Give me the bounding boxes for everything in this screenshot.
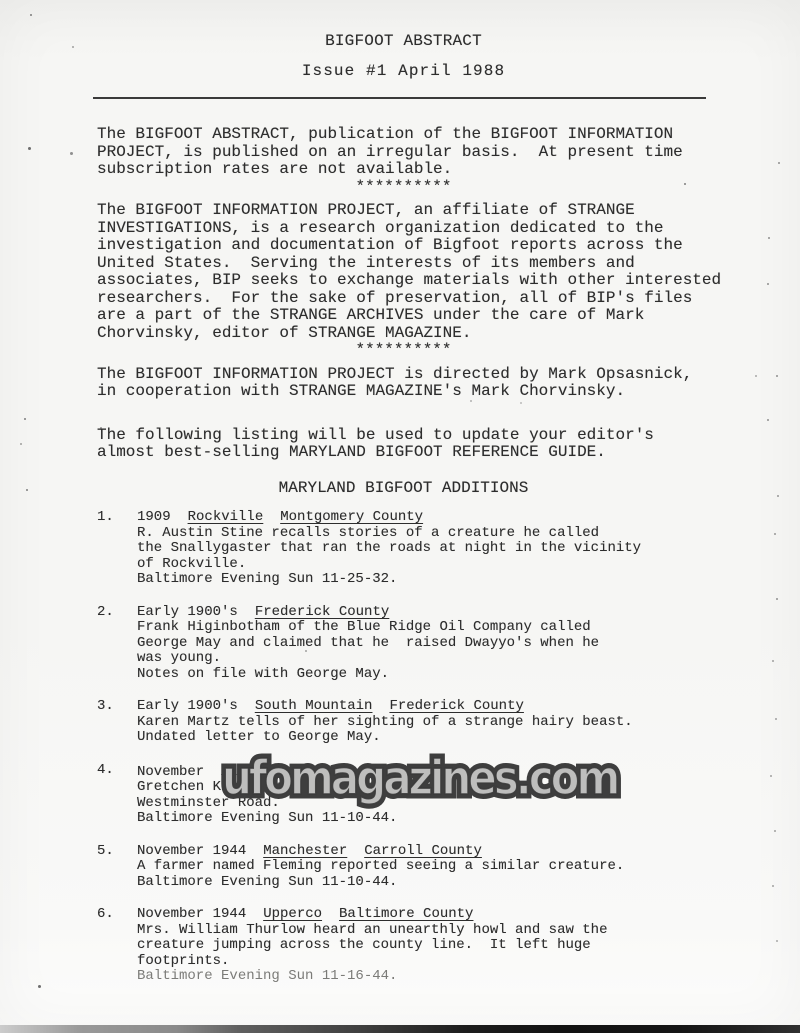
scan-speck: [26, 489, 28, 491]
item-source: Notes on file with George May.: [137, 667, 730, 683]
section-heading: MARYLAND BIGFOOT ADDITIONS: [97, 480, 710, 498]
scan-speck: [520, 402, 522, 404]
item-source: Baltimore Evening Sun 11-10-44.: [137, 811, 730, 827]
item-date: November: [137, 764, 204, 780]
item-source: Undated letter to George May.: [137, 730, 730, 746]
list-item: 5.November 1944ManchesterCarroll CountyA…: [97, 844, 730, 891]
scan-speck: [70, 152, 73, 155]
list-item: 4.NovemberGretchen King saw the Snallyga…: [97, 763, 730, 827]
list-item: 1.1909RockvilleMontgomery CountyR. Austi…: [97, 510, 730, 588]
scan-speck: [774, 830, 776, 832]
scan-speck: [72, 46, 74, 48]
paragraph-publication: The BIGFOOT ABSTRACT, publication of the…: [97, 126, 730, 179]
list-item: 6.November 1944UppercoBaltimore CountyMr…: [97, 907, 730, 985]
item-heading: November 1944ManchesterCarroll County: [137, 844, 730, 860]
paragraph-listing-note: The following listing will be used to up…: [97, 427, 730, 462]
scan-edge-bar: [0, 1025, 800, 1033]
item-number: 3.: [97, 699, 137, 746]
item-date: 1909: [137, 509, 171, 525]
item-number: 6.: [97, 907, 137, 985]
item-source: Baltimore Evening Sun 11-16-44.: [137, 969, 730, 985]
item-heading: Early 1900'sSouth MountainFrederick Coun…: [137, 699, 730, 715]
scan-speck: [755, 375, 757, 377]
item-number: 5.: [97, 844, 137, 891]
item-number: 1.: [97, 510, 137, 588]
item-description: Gretchen King saw the Snallygaster (poss…: [137, 780, 730, 811]
item-heading: 1909RockvilleMontgomery County: [137, 510, 730, 526]
item-date: Early 1900's: [137, 604, 238, 620]
item-location: Rockville: [188, 509, 264, 525]
item-heading: November: [137, 763, 730, 781]
item-description: Mrs. William Thurlow heard an unearthly …: [137, 923, 730, 970]
scan-speck: [772, 885, 774, 887]
item-heading: November 1944UppercoBaltimore County: [137, 907, 730, 923]
item-content: 1909RockvilleMontgomery CountyR. Austin …: [137, 510, 730, 588]
item-number: 2.: [97, 605, 137, 683]
scan-speck: [776, 940, 778, 942]
obscured-text-underline: [221, 763, 511, 775]
scan-speck: [774, 533, 776, 535]
scan-speck: [768, 237, 770, 239]
item-location: South Mountain: [255, 698, 373, 714]
item-source: Baltimore Evening Sun 11-25-32.: [137, 572, 730, 588]
item-source: Baltimore Evening Sun 11-10-44.: [137, 875, 730, 891]
scan-speck: [20, 443, 22, 445]
item-location: Manchester: [263, 843, 347, 859]
item-location: Carroll County: [364, 843, 482, 859]
scan-speck: [772, 660, 774, 662]
document-content: BIGFOOT ABSTRACT Issue #1 April 1988 The…: [0, 0, 800, 985]
scan-speck: [776, 598, 778, 600]
items-list: 1.1909RockvilleMontgomery CountyR. Austi…: [97, 510, 730, 985]
item-date: November 1944: [137, 843, 246, 859]
scan-speck: [777, 495, 779, 497]
issue-line: Issue #1 April 1988: [97, 62, 710, 81]
item-location: Upperco: [263, 906, 322, 922]
scan-speck: [38, 985, 41, 988]
scan-speck: [30, 14, 32, 16]
item-location: Montgomery County: [280, 509, 423, 525]
item-number: 4.: [97, 763, 137, 827]
horizontal-rule: [93, 97, 706, 99]
item-date: November 1944: [137, 906, 246, 922]
document-title: BIGFOOT ABSTRACT: [97, 32, 710, 51]
scanned-document-page: BIGFOOT ABSTRACT Issue #1 April 1988 The…: [0, 0, 800, 1033]
item-location: Frederick County: [255, 604, 389, 620]
item-content: November 1944ManchesterCarroll CountyA f…: [137, 844, 730, 891]
paragraph-project: The BIGFOOT INFORMATION PROJECT, an affi…: [97, 202, 730, 342]
item-location: Baltimore County: [339, 906, 473, 922]
item-description: Frank Higinbotham of the Blue Ridge Oil …: [137, 620, 730, 667]
scan-speck: [305, 650, 307, 652]
scan-speck: [470, 400, 472, 402]
paragraph-directors: The BIGFOOT INFORMATION PROJECT is direc…: [97, 366, 730, 401]
item-content: November 1944UppercoBaltimore CountyMrs.…: [137, 907, 730, 985]
item-content: Early 1900'sSouth MountainFrederick Coun…: [137, 699, 730, 746]
scan-speck: [100, 427, 102, 429]
item-description: R. Austin Stine recalls stories of a cre…: [137, 526, 730, 573]
scan-speck: [776, 375, 778, 377]
scan-speck: [684, 183, 686, 185]
item-content: Early 1900'sFrederick CountyFrank Higinb…: [137, 605, 730, 683]
item-description: Karen Martz tells of her sighting of a s…: [137, 715, 730, 731]
item-location: Frederick County: [389, 698, 523, 714]
scan-speck: [778, 162, 780, 164]
scan-speck: [770, 775, 772, 777]
item-date: Early 1900's: [137, 698, 238, 714]
item-description: A farmer named Fleming reported seeing a…: [137, 859, 730, 875]
asterisk-separator: **********: [97, 179, 710, 197]
asterisk-separator: **********: [97, 342, 710, 360]
scan-speck: [767, 283, 769, 285]
list-item: 3.Early 1900'sSouth MountainFrederick Co…: [97, 699, 730, 746]
scan-speck: [28, 147, 31, 150]
item-content: NovemberGretchen King saw the Snallygast…: [137, 763, 730, 827]
list-item: 2.Early 1900'sFrederick CountyFrank Higi…: [97, 605, 730, 683]
scan-speck: [775, 718, 777, 720]
scan-speck: [24, 418, 26, 420]
scan-speck: [767, 419, 769, 421]
item-heading: Early 1900'sFrederick County: [137, 605, 730, 621]
